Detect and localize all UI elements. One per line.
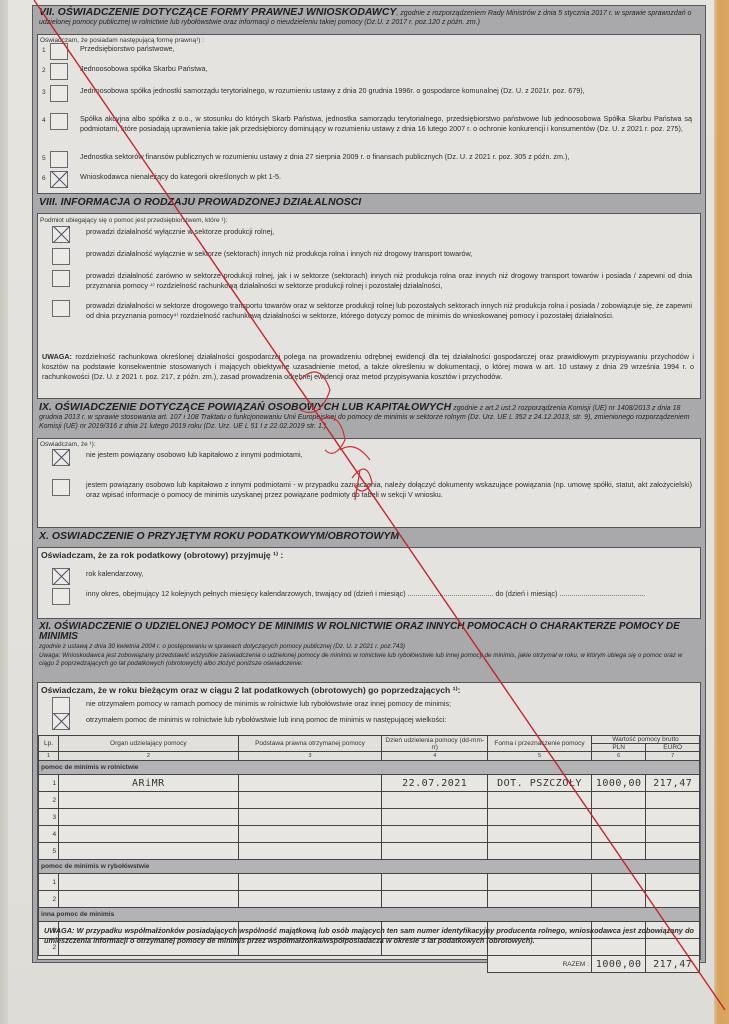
option-label: Wnioskodawca nienależący do kategorii ok… xyxy=(80,172,692,182)
cell-date[interactable] xyxy=(382,874,488,891)
col-pln: PLN xyxy=(591,744,645,752)
cell-euro[interactable] xyxy=(646,809,700,826)
cell-euro[interactable] xyxy=(646,874,700,891)
section-7-title: VII. OŚWIADCZENIE DOTYCZĄCE FORMY PRAWNE… xyxy=(39,6,396,18)
cell-euro[interactable] xyxy=(646,792,700,809)
checkbox[interactable] xyxy=(50,171,68,188)
option-label: inny okres, obejmujący 12 kolejnych pełn… xyxy=(86,589,692,599)
cell-pln[interactable] xyxy=(591,891,645,908)
cell-pln[interactable]: 1000,00 xyxy=(591,775,645,792)
group-label: pomoc de minimis w rolnictwie xyxy=(39,761,700,775)
table-row: 2 xyxy=(39,792,700,809)
cell-form[interactable] xyxy=(488,792,592,809)
section-11-intro: Oświadczam, że w roku bieżącym oraz w ci… xyxy=(41,686,460,696)
option-number: 1 xyxy=(42,47,46,54)
total-euro[interactable]: 217,47 xyxy=(646,956,700,973)
row-number: 1 xyxy=(39,775,59,792)
section-10-header: X. OSWIADCZENIE O PRZYJĘTYM ROKU PODATKO… xyxy=(33,530,705,548)
section-11-header: XI. OŚWIADCZENIE O UDZIELONEJ POMOCY DE … xyxy=(33,620,705,682)
cell-form[interactable] xyxy=(488,809,592,826)
cell-date[interactable] xyxy=(382,843,488,860)
col-form: Forma i przeznaczenie pomocy xyxy=(488,736,592,752)
row-number: 3 xyxy=(39,809,59,826)
total-pln[interactable]: 1000,00 xyxy=(591,956,645,973)
column-index: 1 xyxy=(39,752,59,761)
cell-date[interactable] xyxy=(382,891,488,908)
section-9-header: IX. OŚWIADCZENIE DOTYCZĄCE POWIĄZAŃ OSOB… xyxy=(33,401,705,439)
checkbox[interactable] xyxy=(52,588,70,605)
cell-euro[interactable] xyxy=(646,826,700,843)
cell-form[interactable] xyxy=(488,891,592,908)
checkbox[interactable] xyxy=(52,300,70,317)
table-group-row: pomoc de minimis w rybołówstwie xyxy=(39,860,700,874)
table-group-row: inna pomoc de minimis xyxy=(39,908,700,922)
row-number: 5 xyxy=(39,843,59,860)
section-8-intro: Podmiot ubiegający się o pomoc jest prze… xyxy=(40,217,228,224)
checkbox[interactable] xyxy=(52,713,70,730)
group-label: pomoc de minimis w rybołówstwie xyxy=(39,860,700,874)
checkbox[interactable] xyxy=(50,63,68,80)
col-date: Dzień udzielenia pomocy (dd-mm-rr) xyxy=(382,736,488,752)
cell-form[interactable] xyxy=(488,826,592,843)
row-number: 4 xyxy=(39,826,59,843)
option-label: Jednoosobowa spółka jednostki samorządu … xyxy=(80,86,692,96)
column-index: 3 xyxy=(238,752,382,761)
checkbox[interactable] xyxy=(50,43,68,60)
checkbox[interactable] xyxy=(52,479,70,496)
checkbox[interactable] xyxy=(52,568,70,585)
checkbox[interactable] xyxy=(50,85,68,102)
cell-organ[interactable] xyxy=(59,809,239,826)
table-row: 5 xyxy=(39,843,700,860)
checkbox[interactable] xyxy=(50,151,68,168)
cell-basis[interactable] xyxy=(238,775,382,792)
option-label: rok kalendarzowy, xyxy=(86,569,692,579)
option-number: 4 xyxy=(42,117,46,124)
row-number: 1 xyxy=(39,874,59,891)
section-8-box: Podmiot ubiegający się o pomoc jest prze… xyxy=(37,213,701,399)
cell-pln[interactable] xyxy=(591,792,645,809)
checkbox[interactable] xyxy=(52,449,70,466)
table-row: 1 xyxy=(39,874,700,891)
note-label: UWAGA: xyxy=(42,352,72,361)
column-index: 7 xyxy=(646,752,700,761)
cell-pln[interactable] xyxy=(591,843,645,860)
cell-basis[interactable] xyxy=(238,826,382,843)
checkbox[interactable] xyxy=(52,226,70,243)
total-row: RAZEM :1000,00217,47 xyxy=(39,956,700,973)
option-label: jestem powiązany osobowo lub kapitałowo … xyxy=(86,480,692,500)
column-index-row: 1234567 xyxy=(39,752,700,761)
section-10-title: X. OSWIADCZENIE O PRZYJĘTYM ROKU PODATKO… xyxy=(39,530,399,542)
section-11-box: Oświadczam, że w roku bieżącym oraz w ci… xyxy=(37,682,701,960)
table-row: 2 xyxy=(39,891,700,908)
option-label: nie otrzymałem pomocy w ramach pomocy de… xyxy=(86,699,692,709)
cell-basis[interactable] xyxy=(238,874,382,891)
col-organ: Organ udzielający pomocy xyxy=(59,736,239,752)
warning-note: UWAGA: W przypadku współmałżonków posiad… xyxy=(44,926,694,946)
cell-pln[interactable] xyxy=(591,874,645,891)
section-8-header: VIII. INFORMACJA O RODZAJU PROWADZONEJ D… xyxy=(33,196,705,214)
option-label: prowadzi działalność wyłącznie w sektorz… xyxy=(86,227,692,237)
col-value: Wartość pomocy brutto xyxy=(591,736,699,744)
section-7-box: Oświadczam, że posiadam następującą form… xyxy=(37,34,701,194)
total-spacer xyxy=(39,956,488,973)
table-row: 1ARiMR22.07.2021DOT. PSZCZOŁY1000,00217,… xyxy=(39,775,700,792)
column-index: 6 xyxy=(591,752,645,761)
option-label: Przedsiębiorstwo państwowe, xyxy=(80,44,692,54)
cell-organ[interactable] xyxy=(59,874,239,891)
option-label: nie jestem powiązany osobowo lub kapitał… xyxy=(86,450,692,460)
option-label: Spółka akcyjna albo spółka z o.o., w sto… xyxy=(80,114,692,134)
cell-basis[interactable] xyxy=(238,809,382,826)
table-group-row: pomoc de minimis w rolnictwie xyxy=(39,761,700,775)
section-11-note: Uwaga: Wnioskodawca jest zobowiązany prz… xyxy=(39,652,699,669)
cell-basis[interactable] xyxy=(238,792,382,809)
col-lp: Lp. xyxy=(39,736,59,752)
section-9-title: IX. OŚWIADCZENIE DOTYCZĄCE POWIĄZAŃ OSOB… xyxy=(39,401,451,413)
section-10-intro: Oświadczam, że za rok podatkowy (obrotow… xyxy=(41,551,283,561)
option-label: prowadzi działalność wyłącznie w sektorz… xyxy=(86,249,692,259)
cell-organ[interactable] xyxy=(59,843,239,860)
cell-organ[interactable]: ARiMR xyxy=(59,775,239,792)
section-11-law: zgodnie z ustawą z dnia 30 kwietnia 2004… xyxy=(39,643,699,652)
column-index: 5 xyxy=(488,752,592,761)
cell-date[interactable] xyxy=(382,826,488,843)
checkbox[interactable] xyxy=(50,113,68,130)
cell-organ[interactable] xyxy=(59,792,239,809)
option-number: 5 xyxy=(42,155,46,162)
section-9-intro: Oświadczam, że ¹): xyxy=(40,441,96,448)
total-label: RAZEM : xyxy=(488,956,592,973)
section-7-header: VII. OŚWIADCZENIE DOTYCZĄCE FORMY PRAWNE… xyxy=(33,6,705,36)
section-10-box: Oświadczam, że za rok podatkowy (obrotow… xyxy=(37,547,701,619)
paper-sheet: VII. OŚWIADCZENIE DOTYCZĄCE FORMY PRAWNE… xyxy=(8,0,714,1024)
column-index: 4 xyxy=(382,752,488,761)
section-9-box: Oświadczam, że ¹): nie jestem powiązany … xyxy=(37,438,701,528)
column-index: 2 xyxy=(59,752,239,761)
option-number: 3 xyxy=(42,89,46,96)
option-number: 6 xyxy=(42,175,46,182)
cell-date[interactable] xyxy=(382,809,488,826)
checkbox[interactable] xyxy=(52,248,70,265)
option-label: prowadzi działalność zarówno w sektorze … xyxy=(86,271,692,291)
option-number: 2 xyxy=(42,67,46,74)
cell-euro[interactable]: 217,47 xyxy=(646,775,700,792)
cell-form[interactable]: DOT. PSZCZOŁY xyxy=(488,775,592,792)
section-8-note: UWAGA: rozdzielność rachunkowa określone… xyxy=(42,352,694,381)
table-row: 3 xyxy=(39,809,700,826)
row-number: 2 xyxy=(39,792,59,809)
cell-pln[interactable] xyxy=(591,826,645,843)
col-basis: Podstawa prawna otrzymanej pomocy xyxy=(238,736,382,752)
cell-pln[interactable] xyxy=(591,809,645,826)
cell-organ[interactable] xyxy=(59,826,239,843)
cell-form[interactable] xyxy=(488,843,592,860)
note-text: rozdzielność rachunkowa określonej dział… xyxy=(42,352,694,381)
section-8-title: VIII. INFORMACJA O RODZAJU PROWADZONEJ D… xyxy=(39,196,361,208)
cell-date[interactable]: 22.07.2021 xyxy=(382,775,488,792)
row-number: 2 xyxy=(39,891,59,908)
checkbox[interactable] xyxy=(52,697,70,714)
cell-date[interactable] xyxy=(382,792,488,809)
checkbox[interactable] xyxy=(52,270,70,287)
form: VII. OŚWIADCZENIE DOTYCZĄCE FORMY PRAWNE… xyxy=(32,5,706,963)
option-label: Jednostka sektorów finansów publicznych … xyxy=(80,152,692,162)
cell-euro[interactable] xyxy=(646,843,700,860)
option-label: Jednoosobowa spółka Skarbu Państwa, xyxy=(80,64,692,74)
group-label: inna pomoc de minimis xyxy=(39,908,700,922)
option-label: otrzymałem pomoc de minimis w rolnictwie… xyxy=(86,715,692,725)
cell-basis[interactable] xyxy=(238,891,382,908)
cell-form[interactable] xyxy=(488,874,592,891)
cell-basis[interactable] xyxy=(238,843,382,860)
col-euro: EURO xyxy=(646,744,700,752)
section-11-title: XI. OŚWIADCZENIE O UDZIELONEJ POMOCY DE … xyxy=(39,621,680,642)
table-row: 4 xyxy=(39,826,700,843)
option-label: prowadzi działalności w sektorze drogowe… xyxy=(86,301,692,321)
cell-euro[interactable] xyxy=(646,891,700,908)
cell-organ[interactable] xyxy=(59,891,239,908)
